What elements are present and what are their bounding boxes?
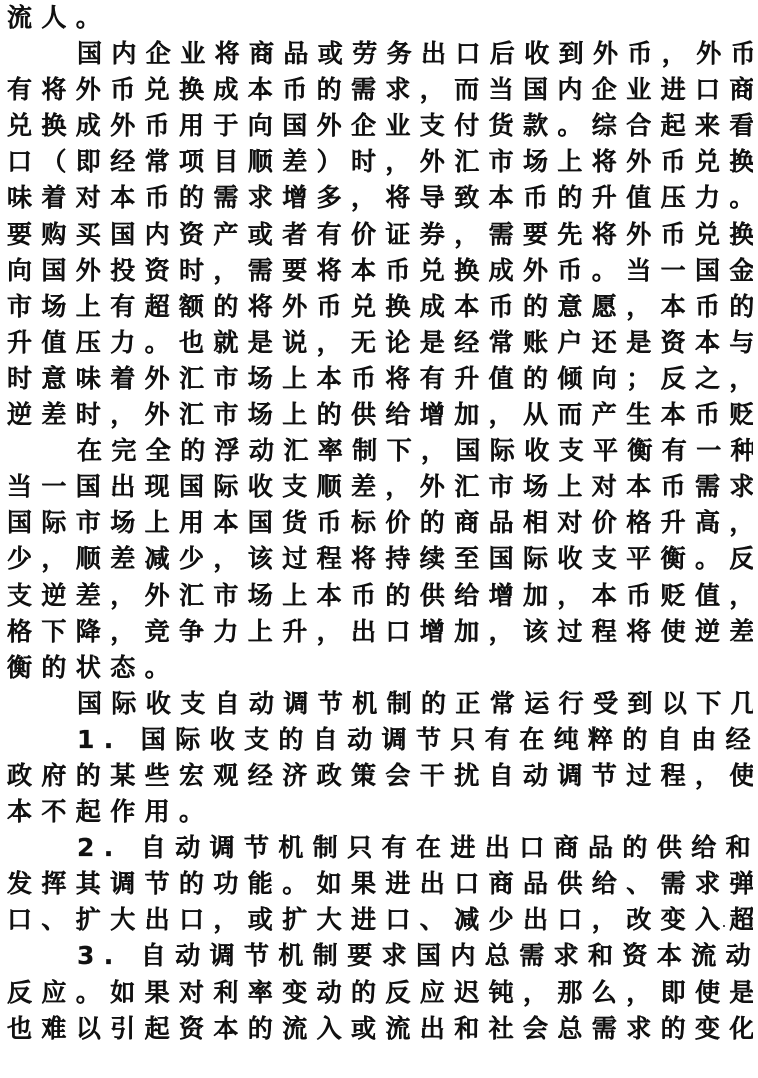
text-line: 支逆差，外汇市场上本币的供给增加，本币贬值，本国商品的国际市场价 xyxy=(7,578,753,614)
text-line: 当一国出现国际收支顺差，外汇市场上对本币需求增加，本币升值，导致 xyxy=(7,469,753,505)
text-line: 国际市场上用本国货币标价的商品相对价格升高，竞争力下降，出口减 xyxy=(7,505,753,541)
text-line: 要购买国内资产或者有价证券，需要先将外币兑换成本币；而国内投资者 xyxy=(7,217,753,253)
text-line: 流人。 xyxy=(7,0,753,36)
text-line: 少，顺差减少，该过程将持续至国际收支平衡。反之，当一国出现国际收 xyxy=(7,541,753,577)
scan-speck xyxy=(723,925,725,927)
text-line: 3. 自动调节机制要求国内总需求和资本流动对利率升降有较敏感的 xyxy=(7,938,753,974)
text-line: 口、扩大出口，或扩大进口、减少出口，改变入超或出超状况。 xyxy=(7,902,753,938)
text-line: 1. 国际收支的自动调节只有在纯粹的自由经济中才能产生作用。而 xyxy=(7,722,753,758)
text-line: 国内企业将商品或劳务出口后收到外币，外币在国内无法使用，因此 xyxy=(7,36,753,72)
text-line: 反应。如果对利率变动的反应迟钝，那么，即使是信用有所扩张或紧缩， xyxy=(7,975,753,1011)
text-line: 口（即经常项目顺差）时，外汇市场上将外币兑换本币的意愿增强，意 xyxy=(7,144,753,180)
text-line: 在完全的浮动汇率制下，国际收支平衡有一种自动调节的稳定机制。 xyxy=(7,433,753,469)
text-line: 逆差时，外汇市场上的供给增加，从而产生本币贬值的压力。 xyxy=(7,397,753,433)
text-line: 国际收支自动调节机制的正常运行受到以下几个因素的影响： xyxy=(7,686,753,722)
text-line: 市场上有超额的将外币兑换成本币的意愿，本币的需求增加将带来本币的 xyxy=(7,289,753,325)
text-line: 政府的某些宏观经济政策会干扰自动调节过程，使其作用下降、扭曲或根 xyxy=(7,758,753,794)
text-line: 向国外投资时，需要将本币兑换成外币。当一国金融账户顺差时，在外汇 xyxy=(7,253,753,289)
text-line: 格下降，竞争力上升，出口增加，该过程将使逆差持续减少至国际收支平 xyxy=(7,614,753,650)
text-line: 味着对本币的需求增多，将导致本币的升值压力。同样的，国外投资者想 xyxy=(7,180,753,216)
text-line: 兑换成外币用于向国外企业支付货款。综合起来看，当一国的出口超过进 xyxy=(7,108,753,144)
text-line: 本不起作用。 xyxy=(7,794,753,830)
text-line: 有将外币兑换成本币的需求，而当国内企业进口商品或劳务时需要将本币 xyxy=(7,72,753,108)
text-line: 衡的状态。 xyxy=(7,650,753,686)
text-line: 发挥其调节的功能。如果进出口商品供给、需求弹性较小，就无法缩小进 xyxy=(7,866,753,902)
text-line: 升值压力。也就是说，无论是经常账户还是资本与金融账户，当出现顺差 xyxy=(7,325,753,361)
document-page: 流人。 国内企业将商品或劳务出口后收到外币，外币在国内无法使用，因此 有将外币兑… xyxy=(7,0,753,1047)
text-line: 也难以引起资本的流入或流出和社会总需求的变化。 xyxy=(7,1011,753,1047)
text-line: 时意味着外汇市场上本币将有升值的倾向；反之，当国际收支账户上出现 xyxy=(7,361,753,397)
text-line: 2. 自动调节机制只有在进出口商品的供给和需求弹性较大时，才能 xyxy=(7,830,753,866)
